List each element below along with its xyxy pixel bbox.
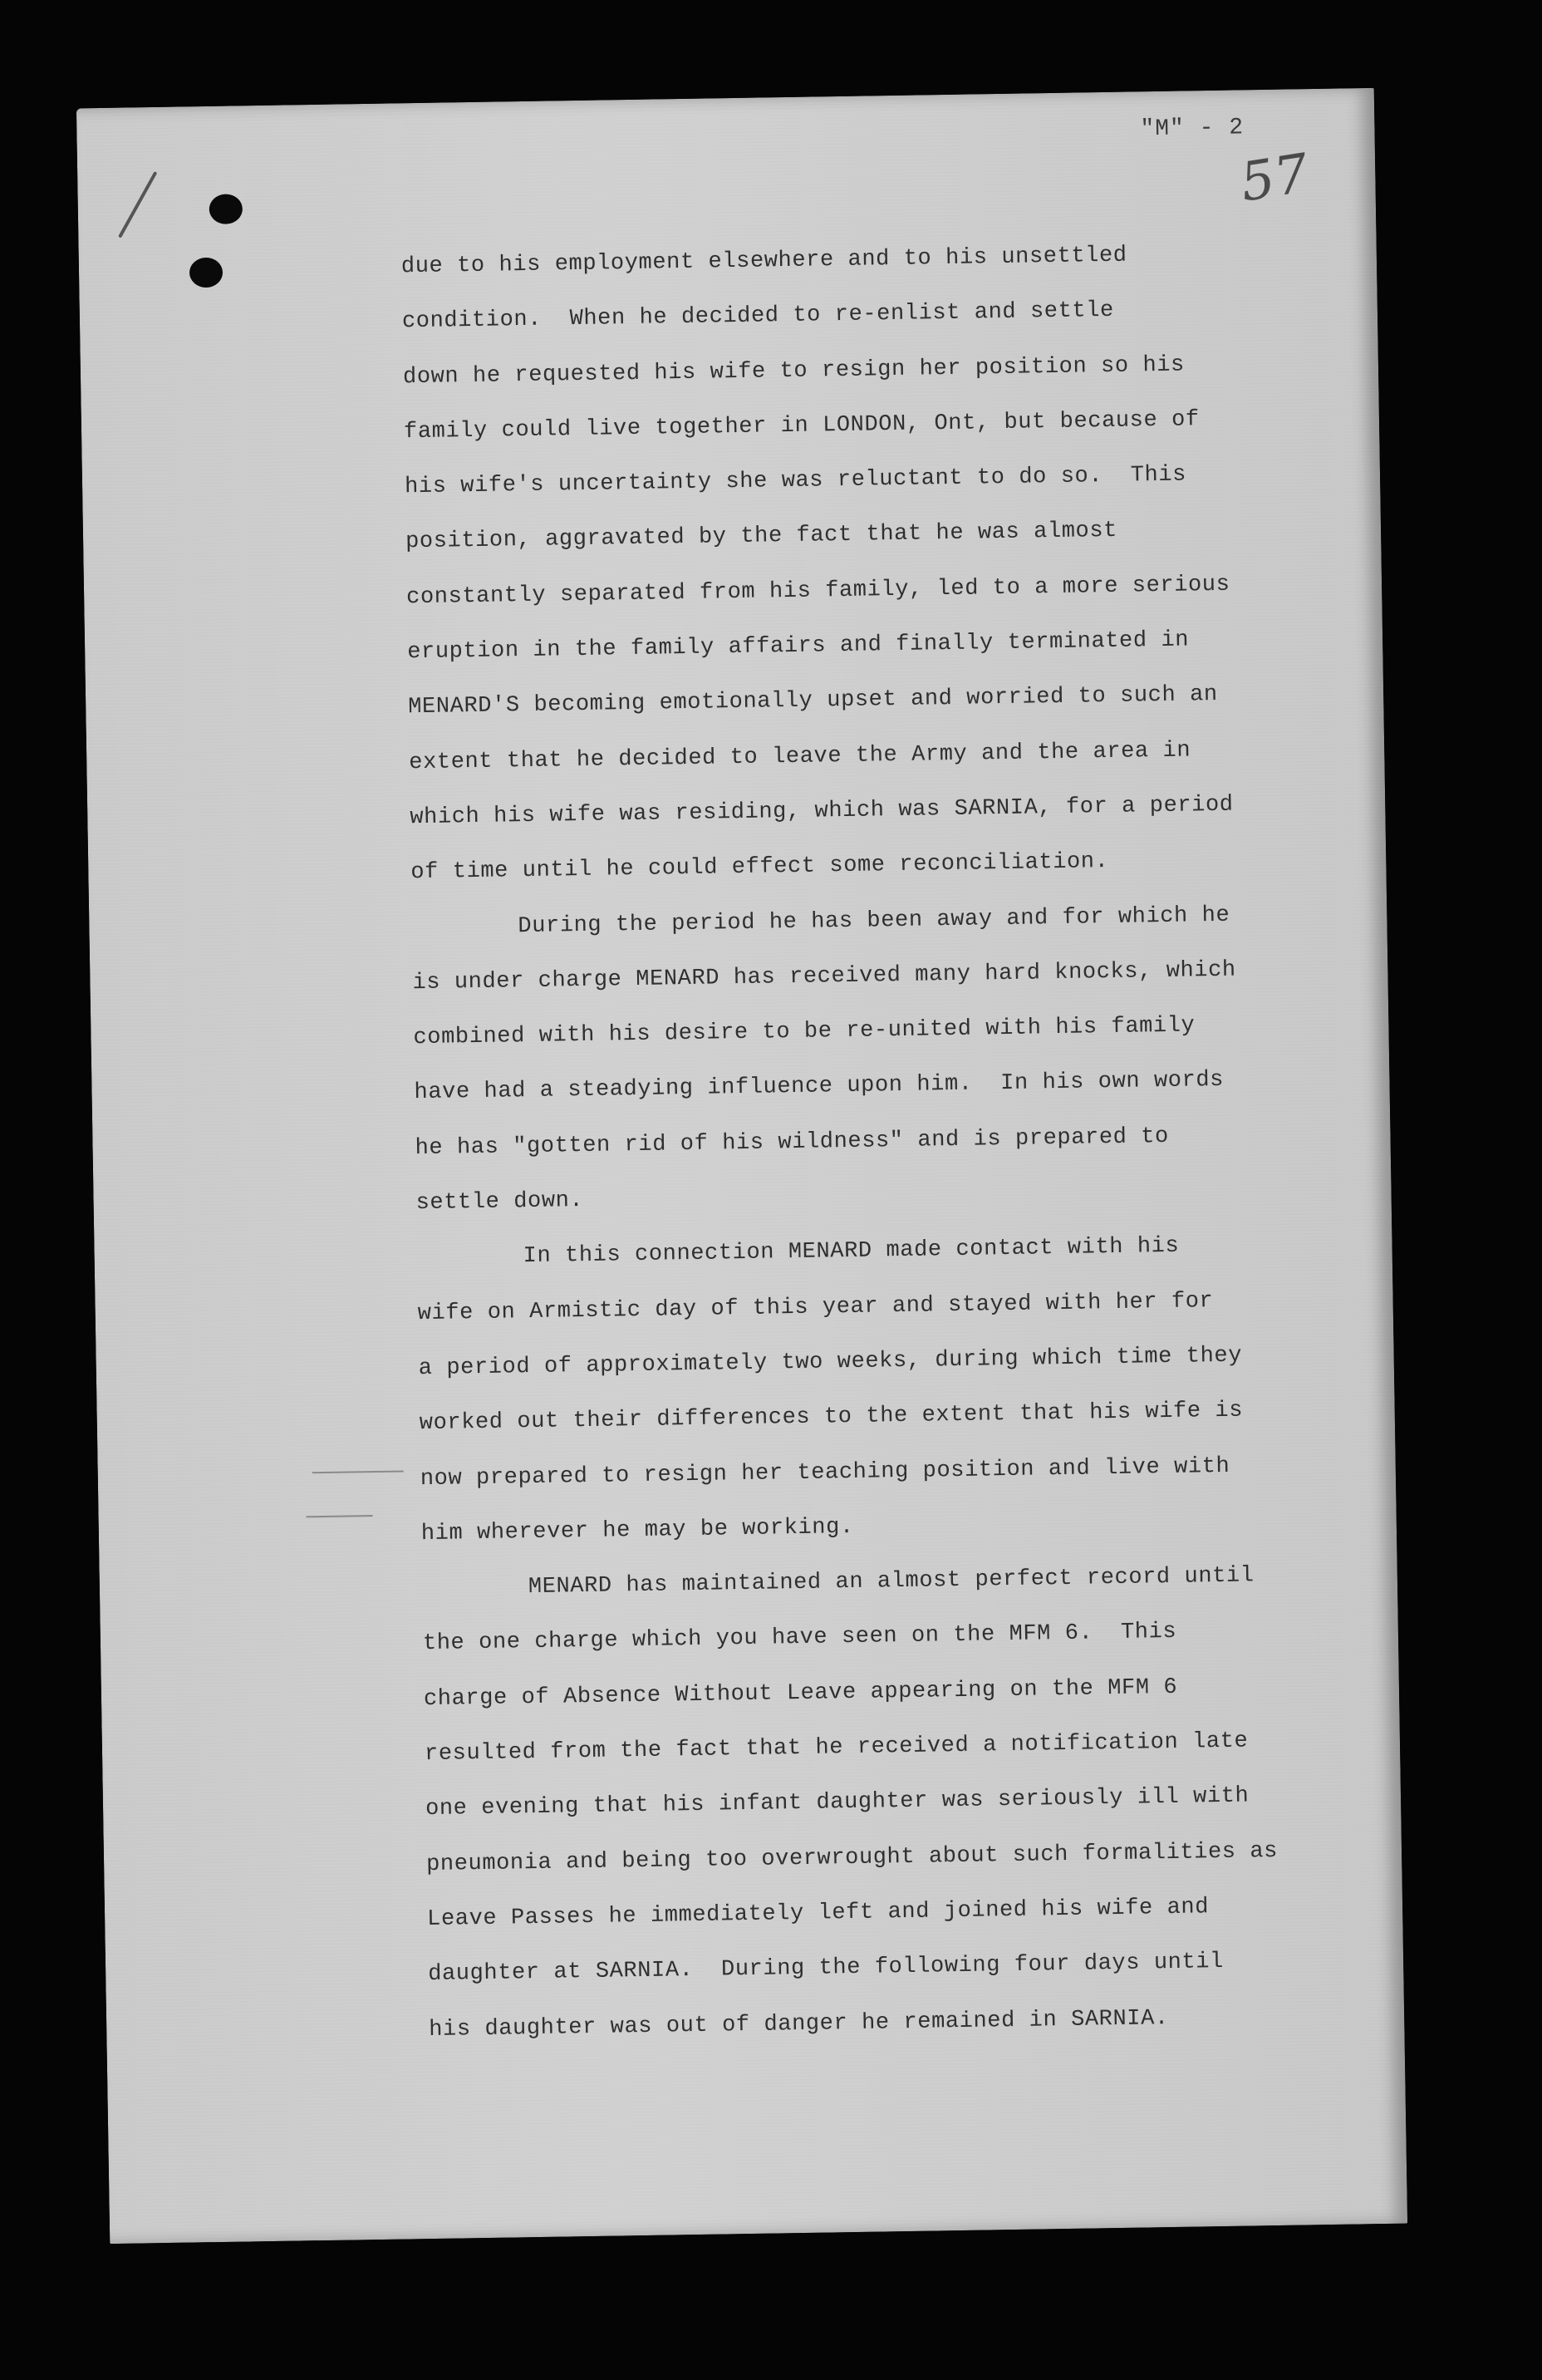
punch-hole-icon (189, 258, 223, 288)
punch-hole-icon (209, 194, 243, 224)
margin-slash-mark (118, 171, 157, 238)
margin-rule (307, 1515, 373, 1517)
typed-letter-body: due to his employment elsewhere and to h… (400, 225, 1368, 2058)
page-reference: "M" - 2 (1140, 115, 1244, 142)
handwritten-folio-number: 57 (1236, 143, 1313, 214)
margin-rule (312, 1470, 404, 1473)
document-page: "M" - 2 57 due to his employment elsewhe… (76, 88, 1407, 2244)
